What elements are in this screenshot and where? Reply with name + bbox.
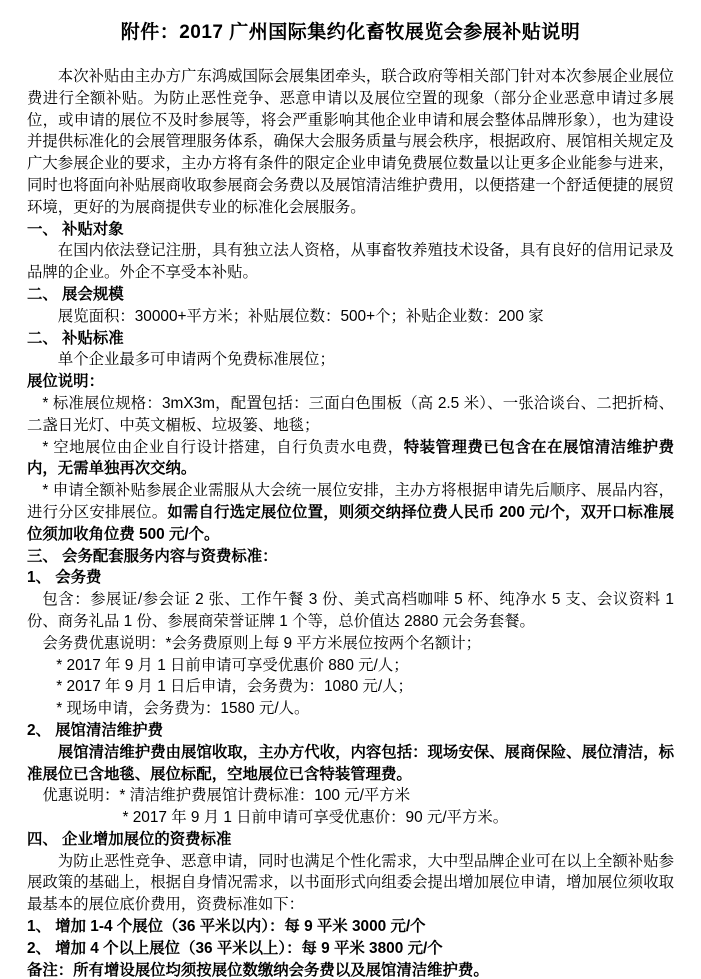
bold-text-run: 展馆清洁维护费由展馆收取，主办方代收，内容包括：现场安保、展商保险、展位清洁，标… — [27, 744, 674, 783]
text-run: * 标准展位规格：3mX3m，配置包括：三面白色围板（高 2.5 米）、一张洽谈… — [27, 395, 674, 434]
document-page: 附件：2017 广州国际集约化畜牧展览会参展补贴说明 本次补贴由主办方广东鸿威国… — [0, 0, 701, 979]
section-heading-3: 二、 补贴标准 — [27, 328, 674, 350]
fee-item: * 现场申请，会务费为：1580 元/人。 — [27, 698, 674, 720]
paragraph: * 申请全额补贴参展企业需服从大会统一展位安排，主办方将根据申请先后顺序、展品内… — [27, 480, 674, 545]
paragraph: * 标准展位规格：3mX3m，配置包括：三面白色围板（高 2.5 米）、一张洽谈… — [27, 393, 674, 437]
price-item-2: 2、 增加 4 个以上展位（36 平米以上）：每 9 平米 3800 元/个 — [27, 938, 674, 960]
bold-text-run: 1、 会务费 — [27, 569, 101, 586]
bold-text-run: 一、 补贴对象 — [27, 221, 124, 238]
paragraph: 在国内依法登记注册，具有独立法人资格，从事畜牧养殖技术设备，具有良好的信用记录及… — [27, 240, 674, 284]
text-run: * 2017 年 9 月 1 日前申请可享受优惠价：90 元/平方米。 — [122, 809, 508, 826]
booth-note-heading: 展位说明： — [27, 371, 674, 393]
paragraph: * 空地展位由企业自行设计搭建，自行负责水电费，特装管理费已包含在在展馆清洁维护… — [27, 437, 674, 481]
fee-item: * 2017 年 9 月 1 日前申请可享受优惠价 880 元/人； — [27, 655, 674, 677]
section-heading-5: 四、 企业增加展位的资费标准 — [27, 829, 674, 851]
fee-item: * 2017 年 9 月 1 日后申请，会务费为：1080 元/人； — [27, 676, 674, 698]
text-run: 本次补贴由主办方广东鸿威国际会展集团牵头，联合政府等相关部门针对本次参展企业展位… — [27, 68, 674, 216]
text-run: 展览面积：30000+平方米；补贴展位数：500+个；补贴企业数：200 家 — [58, 308, 544, 325]
text-run: * 空地展位由企业自行设计搭建，自行负责水电费， — [42, 439, 403, 456]
subsection-heading-fee1: 1、 会务费 — [27, 567, 674, 589]
bold-text-run: 备注：所有增设展位均须按展位数缴纳会务费以及展馆清洁维护费。 — [27, 962, 489, 979]
paragraph: 为防止恶性竞争、恶意申请，同时也满足个性化需求，大中型品牌企业可在以上全额补贴参… — [27, 851, 674, 916]
bold-text-run: 二、 展会规模 — [27, 286, 124, 303]
section-heading-2: 二、 展会规模 — [27, 284, 674, 306]
text-run: 在国内依法登记注册，具有独立法人资格，从事畜牧养殖技术设备，具有良好的信用记录及… — [27, 242, 674, 281]
text-run: 会务费优惠说明：*会务费原则上每 9 平方米展位按两个名额计； — [42, 635, 481, 652]
paragraph: 展馆清洁维护费由展馆收取，主办方代收，内容包括：现场安保、展商保险、展位清洁，标… — [27, 742, 674, 786]
text-run: 包含：参展证/参会证 2 张、工作午餐 3 份、美式高档咖啡 5 杯、纯净水 5… — [27, 591, 674, 630]
remark-line: 备注：所有增设展位均须按展位数缴纳会务费以及展馆清洁维护费。 — [27, 960, 674, 979]
paragraph: 单个企业最多可申请两个免费标准展位； — [27, 349, 674, 371]
text-run: * 2017 年 9 月 1 日后申请，会务费为：1080 元/人； — [56, 678, 413, 695]
bold-text-run: 四、 企业增加展位的资费标准 — [27, 831, 231, 848]
paragraph: 优惠说明：* 清洁维护费展馆计费标准：100 元/平方米 — [27, 785, 674, 807]
bold-text-run: 三、 会务配套服务内容与资费标准： — [27, 548, 278, 565]
section-heading-1: 一、 补贴对象 — [27, 219, 674, 241]
price-item-1: 1、 增加 1-4 个展位（36 平米以内）：每 9 平米 3000 元/个 — [27, 916, 674, 938]
text-run: * 2017 年 9 月 1 日前申请可享受优惠价 880 元/人； — [56, 657, 408, 674]
section-heading-4: 三、 会务配套服务内容与资费标准： — [27, 546, 674, 568]
bold-text-run: 展位说明： — [27, 373, 104, 390]
subsection-heading-fee2: 2、 展馆清洁维护费 — [27, 720, 674, 742]
document-body: 本次补贴由主办方广东鸿威国际会展集团牵头，联合政府等相关部门针对本次参展企业展位… — [27, 66, 674, 979]
text-run: * 现场申请，会务费为：1580 元/人。 — [56, 700, 309, 717]
fee-item: * 2017 年 9 月 1 日前申请可享受优惠价：90 元/平方米。 — [27, 807, 674, 829]
paragraph: 会务费优惠说明：*会务费原则上每 9 平方米展位按两个名额计； — [27, 633, 674, 655]
bold-text-run: 二、 补贴标准 — [27, 330, 124, 347]
bold-text-run: 2、 增加 4 个以上展位（36 平米以上）：每 9 平米 3800 元/个 — [27, 940, 443, 957]
text-run: 单个企业最多可申请两个免费标准展位； — [58, 351, 335, 368]
bold-text-run: 1、 增加 1-4 个展位（36 平米以内）：每 9 平米 3000 元/个 — [27, 918, 426, 935]
text-run: 优惠说明：* 清洁维护费展馆计费标准：100 元/平方米 — [42, 787, 410, 804]
intro-paragraph: 本次补贴由主办方广东鸿威国际会展集团牵头，联合政府等相关部门针对本次参展企业展位… — [27, 66, 674, 219]
document-title: 附件：2017 广州国际集约化畜牧展览会参展补贴说明 — [27, 20, 674, 46]
paragraph: 包含：参展证/参会证 2 张、工作午餐 3 份、美式高档咖啡 5 杯、纯净水 5… — [27, 589, 674, 633]
paragraph: 展览面积：30000+平方米；补贴展位数：500+个；补贴企业数：200 家 — [27, 306, 674, 328]
bold-text-run: 2、 展馆清洁维护费 — [27, 722, 163, 739]
text-run: 为防止恶性竞争、恶意申请，同时也满足个性化需求，大中型品牌企业可在以上全额补贴参… — [27, 853, 674, 914]
